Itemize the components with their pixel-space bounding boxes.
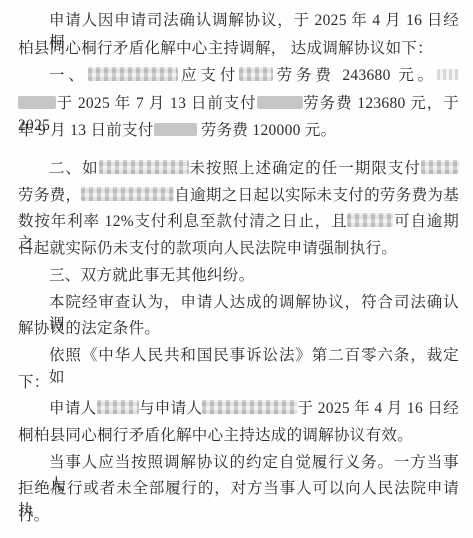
document-line: 三、双方就此事无其他纠纷。: [18, 265, 459, 289]
document-text: 应支付: [178, 67, 240, 84]
document-text: 于 2025 年 4 月 16 日经: [297, 400, 459, 417]
document-line: 劳务费，自逾期之日起以实际未支付的劳务费为基: [18, 185, 459, 209]
redaction-block: [202, 400, 297, 414]
document-text: 三、双方就此事无其他纠纷。: [49, 267, 254, 284]
document-line: 一、应支付劳务费 243680 元。: [18, 65, 459, 89]
document-line: 行。: [18, 505, 459, 529]
document-line: 日起就实际仍未支付的款项向人民法院申请强制执行。: [18, 238, 459, 262]
document-text: 自逾期之日起以实际未支付的劳务费为基: [174, 187, 459, 204]
document-line: 数按年利率 12%支付利息至款付清之日止，且可自逾期之: [18, 211, 459, 235]
document-line: 下：: [18, 372, 459, 396]
document-text: 一、: [49, 67, 88, 84]
document-text: 年 9 月 13 日前支付: [18, 122, 154, 139]
redaction-block: [88, 67, 178, 81]
document-text: 下：: [18, 374, 50, 391]
document-line: 于 2025 年 7 月 13 日前支付劳务费 123680 元，于 2025: [18, 93, 459, 117]
redaction-block: [437, 69, 459, 80]
document-text: 解协议的法定条件。: [18, 320, 160, 337]
redaction-block: [18, 96, 56, 109]
redaction-block: [421, 160, 459, 174]
document-line: 柏县同心桐行矛盾化解中心主持调解， 达成调解协议如下：: [18, 38, 459, 62]
redaction-block: [99, 160, 189, 174]
document-body: 申请人因申请司法确认调解协议，于 2025 年 4 月 16 日经桐柏县同心桐行…: [0, 0, 473, 538]
document-text: 未按照上述确定的任一期限支付: [189, 160, 421, 177]
document-text: 申请人: [49, 400, 97, 417]
document-line: 依照《中华人民共和国民事诉讼法》第二百零六条，裁定如: [18, 345, 459, 369]
document-text: 行。: [18, 507, 50, 524]
document-line: 二、如未按照上述确定的任一期限支付: [18, 158, 459, 182]
document-line: 年 9 月 13 日前支付 劳务费 120000 元。: [18, 120, 459, 144]
document-text: 劳务费 243680 元。: [273, 67, 437, 84]
document-line: 申请人因申请司法确认调解协议，于 2025 年 4 月 16 日经桐: [18, 10, 459, 34]
legal-document-page: 申请人因申请司法确认调解协议，于 2025 年 4 月 16 日经桐柏县同心桐行…: [0, 0, 473, 538]
document-text: 桐柏县同心桐行矛盾化解中心主持达成的调解协议有效。: [18, 427, 413, 444]
document-text: 于 2025 年 7 月 13 日前支付: [56, 95, 257, 112]
redaction-block: [97, 400, 139, 414]
document-line: 本院经审查认为，申请人达成的调解协议，符合司法确认调: [18, 292, 459, 316]
document-line: 解协议的法定条件。: [18, 318, 459, 342]
document-text: 数按年利率 12%支付利息至款付清之日止，且: [18, 213, 347, 230]
redaction-block: [239, 67, 273, 81]
document-text: 劳务费，: [18, 187, 81, 204]
document-text: 柏县同心桐行矛盾化解中心主持调解， 达成调解协议如下：: [18, 40, 433, 57]
document-text: 二、如: [49, 160, 99, 177]
document-text: 日起就实际仍未支付的款项向人民法院申请强制执行。: [18, 240, 397, 257]
redaction-block: [347, 213, 393, 227]
document-text: 劳务费 120000 元。: [197, 122, 337, 139]
redaction-block: [257, 96, 303, 109]
document-line: 当事人应当按照调解协议的约定自觉履行义务。一方当事人: [18, 452, 459, 476]
document-line: 桐柏县同心桐行矛盾化解中心主持达成的调解协议有效。: [18, 425, 459, 449]
document-line: 申请人与申请人于 2025 年 4 月 16 日经: [18, 398, 459, 422]
redaction-block: [81, 187, 174, 201]
document-line: 拒绝履行或者未全部履行的，对方当事人可以向人民法院申请执: [18, 478, 459, 502]
redaction-block: [154, 123, 197, 136]
document-text: 与申请人: [139, 400, 203, 417]
